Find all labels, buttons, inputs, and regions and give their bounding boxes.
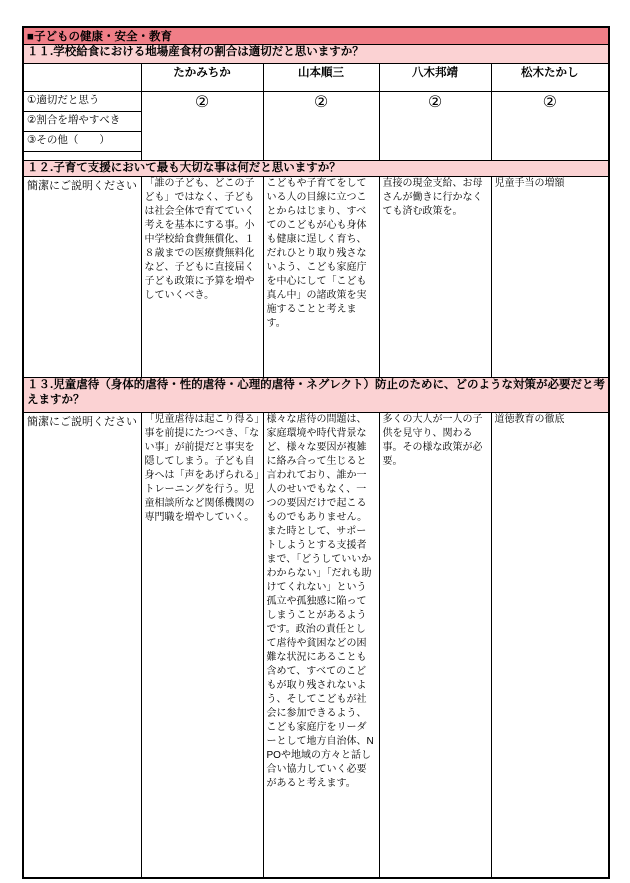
question-11-title: １１.学校給食における地場産食材の割合は適切だと思いますか？: [23, 45, 609, 64]
q11-option-1: ①適切だと思う: [23, 92, 141, 112]
survey-sheet: ■子どもの健康・安全・教育 １１.学校給食における地場産食材の割合は適切だと思い…: [22, 26, 608, 879]
q12-row-label: 簡潔にご説明ください: [23, 177, 141, 378]
q12-answer: 「誰の子ども、どこの子ども」ではなく、子どもは社会全体で育てていく考えを基本にす…: [141, 177, 263, 378]
spacer-cell: [23, 152, 141, 161]
q13-row-label: 簡潔にご説明ください: [23, 413, 141, 879]
question-13-title: １３.児童虐待（身体的虐待・性的虐待・心理的虐待・ネグレクト）防止のために、どの…: [23, 378, 609, 413]
q13-answer: 道徳教育の徹底: [491, 413, 609, 879]
q11-option-2: ②割合を増やすべき: [23, 112, 141, 132]
q12-answer: 直接の現金支給、お母さんが働きに行かなくても済む政策を。: [379, 177, 491, 378]
candidate-header-row: たかみちか 山本順三 八木邦靖 松木たかし: [23, 64, 609, 92]
q11-answer: ②: [491, 92, 609, 161]
section-header: ■子どもの健康・安全・教育: [23, 27, 609, 45]
q12-answer: こどもや子育てをしている人の目線に立つことからはじまり、すべてのこどもが心も身体…: [263, 177, 379, 378]
q11-option-3: ③その他（ ）: [23, 132, 141, 152]
q11-answer: ②: [141, 92, 263, 161]
corner-cell: [23, 64, 141, 92]
candidate-name: 八木邦靖: [379, 64, 491, 92]
q13-answer: 多くの大人が一人の子供を見守り、関わる事。その様な政策が必要。: [379, 413, 491, 879]
q12-answer: 児童手当の増額: [491, 177, 609, 378]
q12-answer-row: 簡潔にご説明ください 「誰の子ども、どこの子ども」ではなく、子どもは社会全体で育…: [23, 177, 609, 378]
q11-answer: ②: [379, 92, 491, 161]
candidate-name: 山本順三: [263, 64, 379, 92]
question-12-title: １２.子育て支援において最も大切な事は何だと思いますか？: [23, 161, 609, 177]
candidate-name: 松木たかし: [491, 64, 609, 92]
q11-answer: ②: [263, 92, 379, 161]
q13-answer: 様々な虐待の問題は、家庭環境や時代背景など、様々な要因が複雑に絡み合って生じると…: [263, 413, 379, 879]
candidate-name: たかみちか: [141, 64, 263, 92]
survey-table: ■子どもの健康・安全・教育 １１.学校給食における地場産食材の割合は適切だと思い…: [22, 26, 610, 879]
q13-answer-row: 簡潔にご説明ください 「児童虐待は起こり得る」事を前提にたつべき、「ない事」が前…: [23, 413, 609, 879]
q11-option-row-1: ①適切だと思う ② ② ② ②: [23, 92, 609, 112]
q13-answer: 「児童虐待は起こり得る」事を前提にたつべき、「ない事」が前提だと事実を隠してしま…: [141, 413, 263, 879]
